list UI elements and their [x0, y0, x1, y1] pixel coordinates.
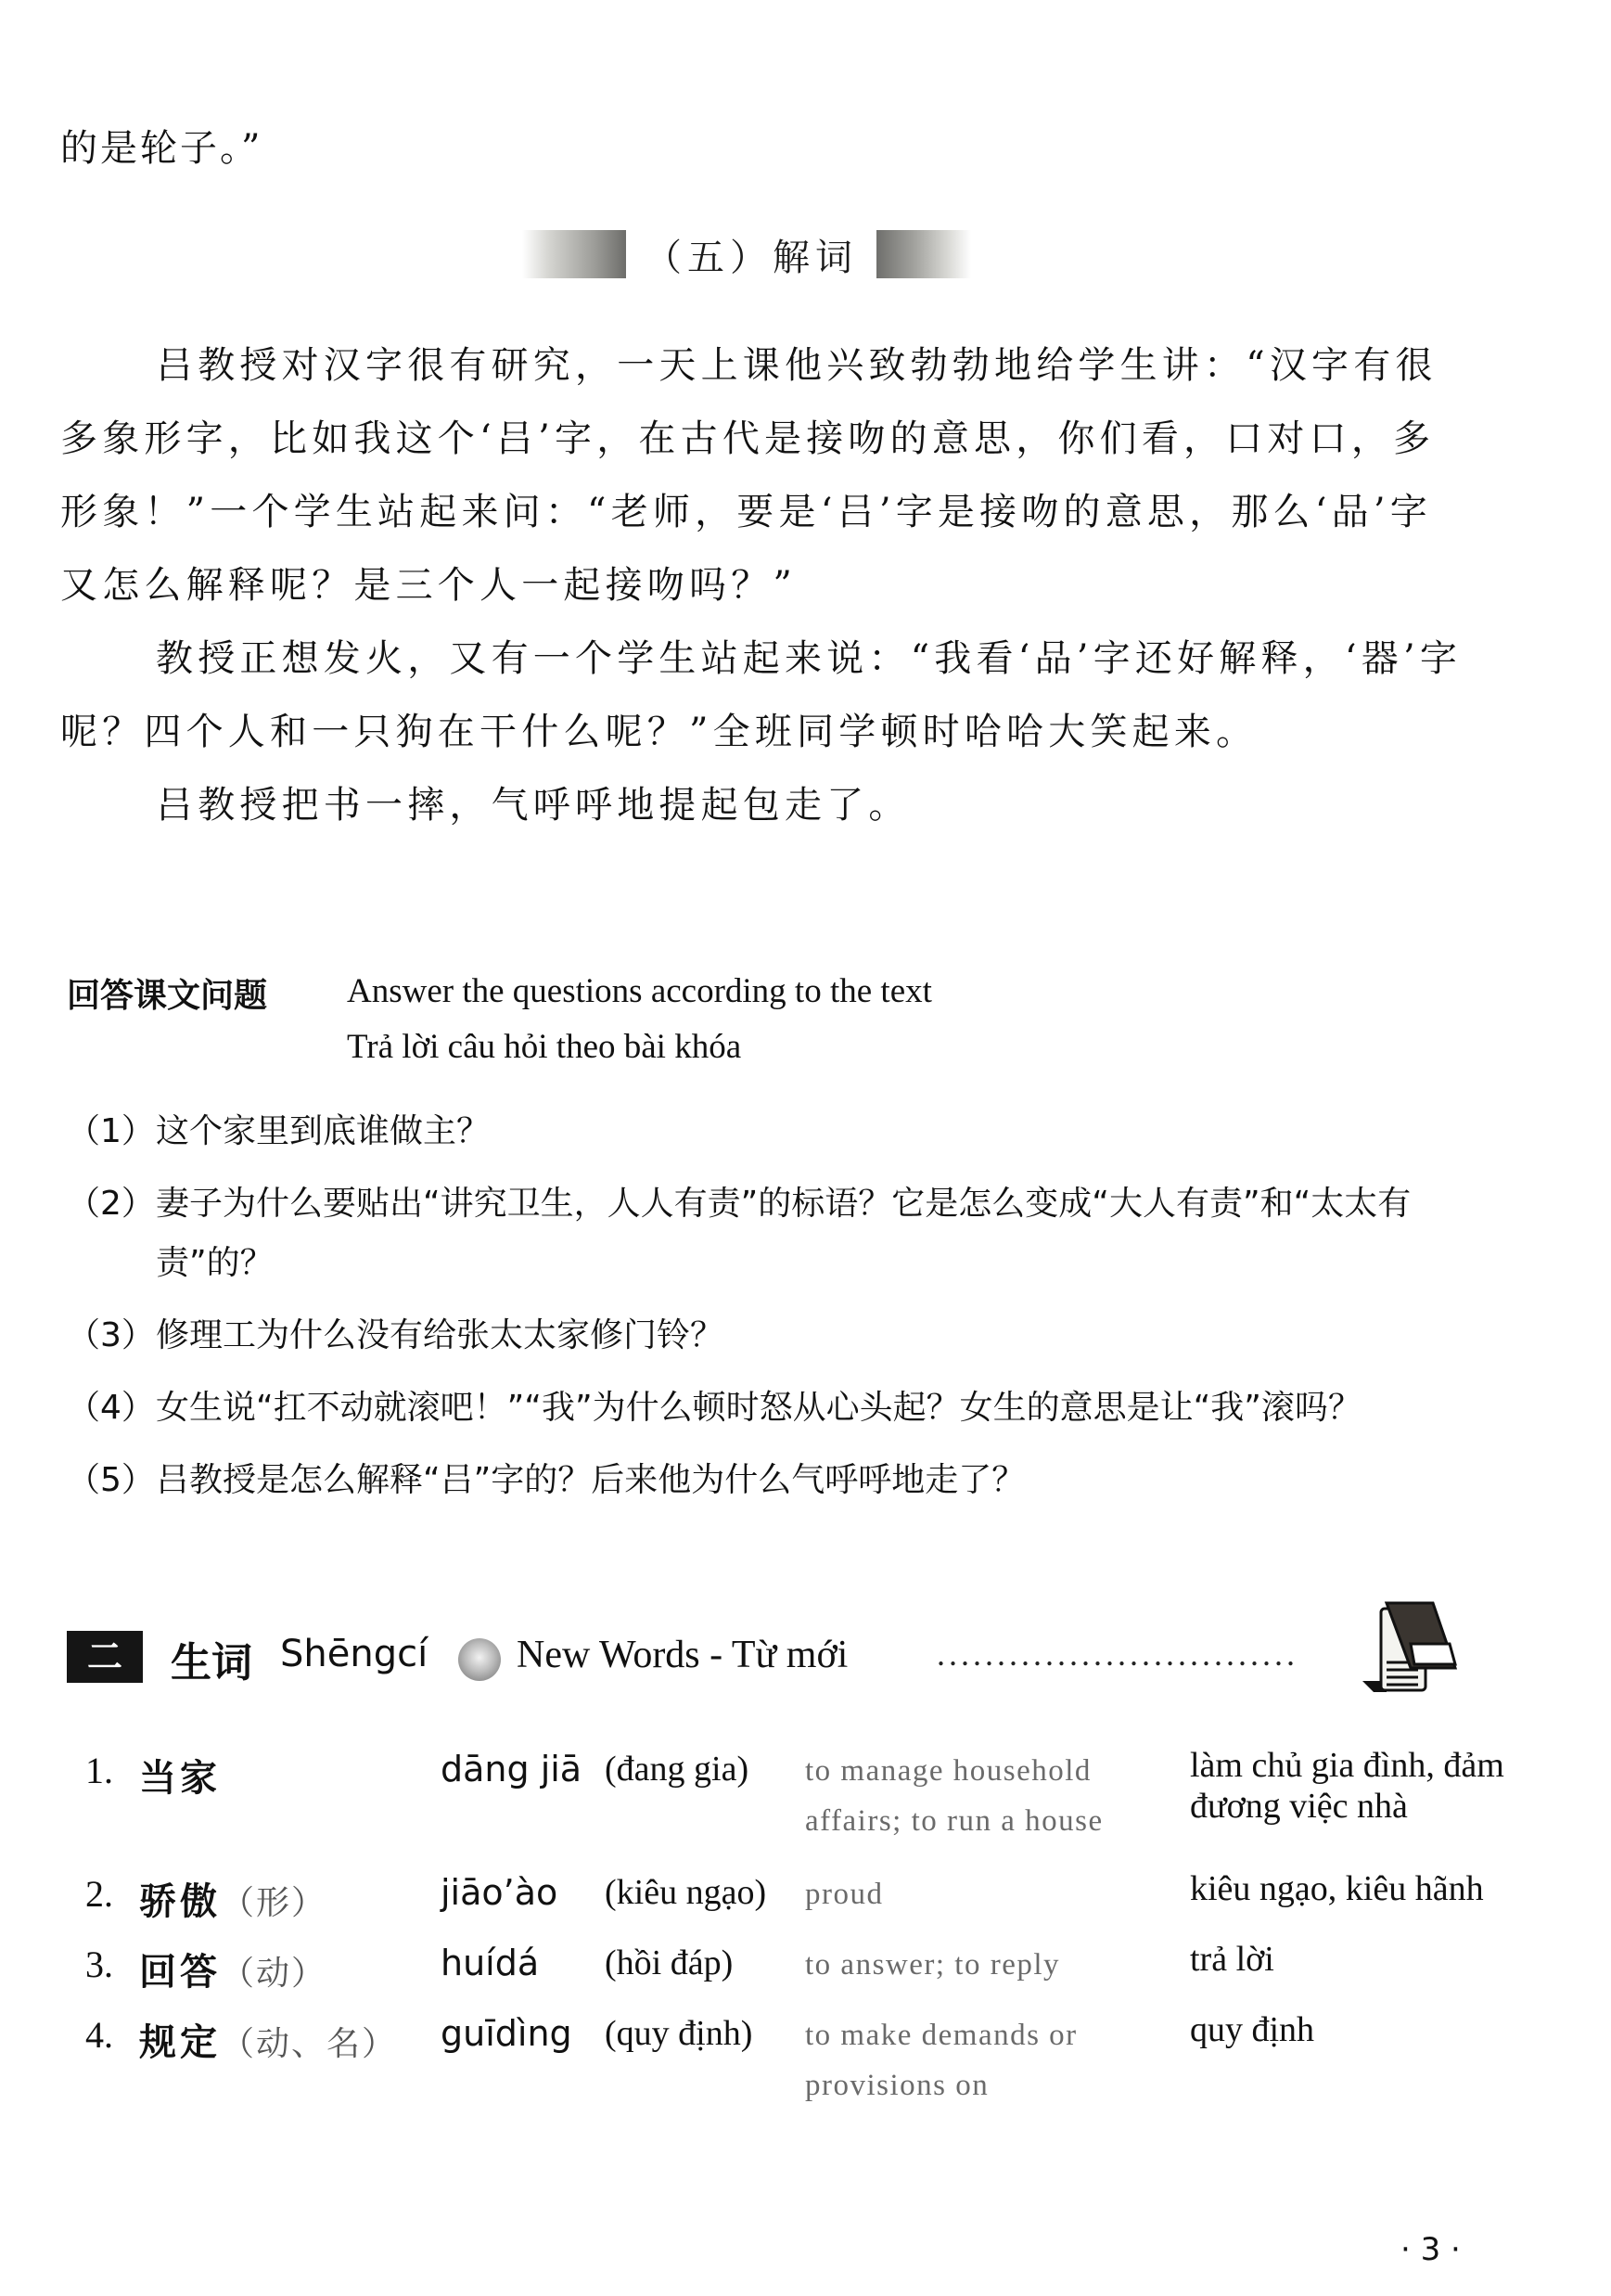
notebook-icon	[1359, 1596, 1461, 1698]
question-text: 吕教授是怎么解释“吕”字的？后来他为什么气呼呼地走了？	[156, 1461, 1025, 1499]
question-item: （3） 修理工为什么没有给张太太家修门铃？	[67, 1306, 1477, 1366]
vocab-sino-vietnamese: (quy định)	[605, 2013, 752, 2054]
vocab-number: 3.	[85, 1943, 113, 1986]
part-of-speech: （动）	[221, 1955, 326, 1993]
vocab-title-zh: 生词	[171, 1629, 252, 1688]
story-paragraph: 吕教授对汉字很有研究，一天上课他兴致勃勃地给学生讲：“汉字有很多象形字，比如我这…	[60, 329, 1470, 622]
vocab-sino-vietnamese: (kiêu ngạo)	[605, 1872, 766, 1913]
vocab-english: to answer; to reply	[805, 1940, 1176, 1990]
story-paragraph: 教授正想发火，又有一个学生站起来说：“我看‘品’字还好解释，‘器’字呢？四个人和…	[60, 622, 1470, 769]
questions-heading-zh: 回答课文问题	[67, 969, 267, 1017]
question-number: （2）	[67, 1174, 155, 1234]
story-paragraph: 吕教授把书一摔，气呼呼地提起包走了。	[60, 769, 1470, 842]
vocab-number: 4.	[85, 2013, 113, 2057]
vocab-english: to make demands or provisions on	[805, 2010, 1120, 2110]
questions-heading-en: Answer the questions according to the te…	[347, 971, 932, 1011]
vocab-vietnamese: làm chủ gia đình, đảm đương việc nhà	[1190, 1745, 1579, 1827]
heading-decoration-left	[522, 230, 626, 278]
vocab-section-header: 二 生词 Shēngcí New Words - Từ mới ........…	[67, 1623, 1477, 1688]
story-text: 吕教授对汉字很有研究，一天上课他兴致勃勃地给学生讲：“汉字有很多象形字，比如我这…	[60, 329, 1470, 842]
vocab-word: 回答（动）	[139, 1943, 326, 1995]
question-text: 妻子为什么要贴出“讲究卫生，人人有责”的标语？它是怎么变成“大人有责”和“太太有…	[156, 1185, 1411, 1282]
vocab-number: 1.	[85, 1749, 113, 1792]
bullet-circle-icon	[458, 1638, 501, 1681]
heading-decoration-right	[876, 230, 971, 278]
question-item: （5） 吕教授是怎么解释“吕”字的？后来他为什么气呼呼地走了？	[67, 1451, 1477, 1510]
question-item: （1） 这个家里到底谁做主？	[67, 1102, 1477, 1161]
section-number-badge: 二	[67, 1631, 143, 1683]
questions-heading-vi: Trả lời câu hỏi theo bài khóa	[347, 1027, 741, 1067]
vocab-number: 2.	[85, 1872, 113, 1916]
question-item: （2） 妻子为什么要贴出“讲究卫生，人人有责”的标语？它是怎么变成“大人有责”和…	[67, 1174, 1477, 1293]
vocab-pinyin: dāng jiā	[441, 1749, 582, 1789]
question-number: （1）	[67, 1102, 155, 1161]
vocab-pinyin: huídá	[441, 1943, 539, 1983]
vocab-english: proud	[805, 1869, 1176, 1919]
vocab-pinyin: jiāo’ào	[441, 1872, 557, 1913]
question-number: （5）	[67, 1451, 155, 1510]
page-number: · 3 ·	[1400, 2231, 1461, 2268]
question-number: （3）	[67, 1306, 155, 1366]
vocab-vietnamese: quy định	[1190, 2009, 1579, 2050]
question-text: 这个家里到底谁做主？	[156, 1112, 490, 1150]
question-item: （4） 女生说“扛不动就滚吧！”“我”为什么顿时怒从心头起？女生的意思是让“我”…	[67, 1379, 1477, 1438]
vocab-word: 当家	[139, 1749, 221, 1802]
vocab-vietnamese: kiêu ngạo, kiêu hãnh	[1190, 1868, 1579, 1909]
continuation-line: 的是轮子。”	[60, 119, 262, 172]
part-of-speech: （动、名）	[221, 2025, 397, 2063]
section-title: （五）解词	[626, 228, 876, 281]
vocab-word: 规定（动、名）	[139, 2013, 397, 2066]
vocab-vietnamese: trả lời	[1190, 1939, 1579, 1980]
section-heading: （五）解词	[522, 226, 971, 282]
vocab-title-pinyin: Shēngcí	[280, 1633, 428, 1675]
vocab-sino-vietnamese: (hồi đáp)	[605, 1943, 733, 1983]
part-of-speech: （形）	[221, 1884, 326, 1922]
question-number: （4）	[67, 1379, 155, 1438]
question-text: 修理工为什么没有给张太太家修门铃？	[156, 1316, 723, 1354]
questions-list: （1） 这个家里到底谁做主？ （2） 妻子为什么要贴出“讲究卫生，人人有责”的标…	[67, 1102, 1477, 1523]
vocab-title-en-vi: New Words - Từ mới	[517, 1633, 848, 1677]
vocab-pinyin: guīdìng	[441, 2013, 572, 2054]
vocab-sino-vietnamese: (đang gia)	[605, 1749, 748, 1789]
vocab-english: to manage household affairs; to run a ho…	[805, 1746, 1176, 1846]
question-text: 女生说“扛不动就滚吧！”“我”为什么顿时怒从心头起？女生的意思是让“我”滚吗？	[156, 1389, 1362, 1427]
dotted-leader: ..............................	[937, 1635, 1298, 1674]
vocab-word: 骄傲（形）	[139, 1872, 326, 1925]
